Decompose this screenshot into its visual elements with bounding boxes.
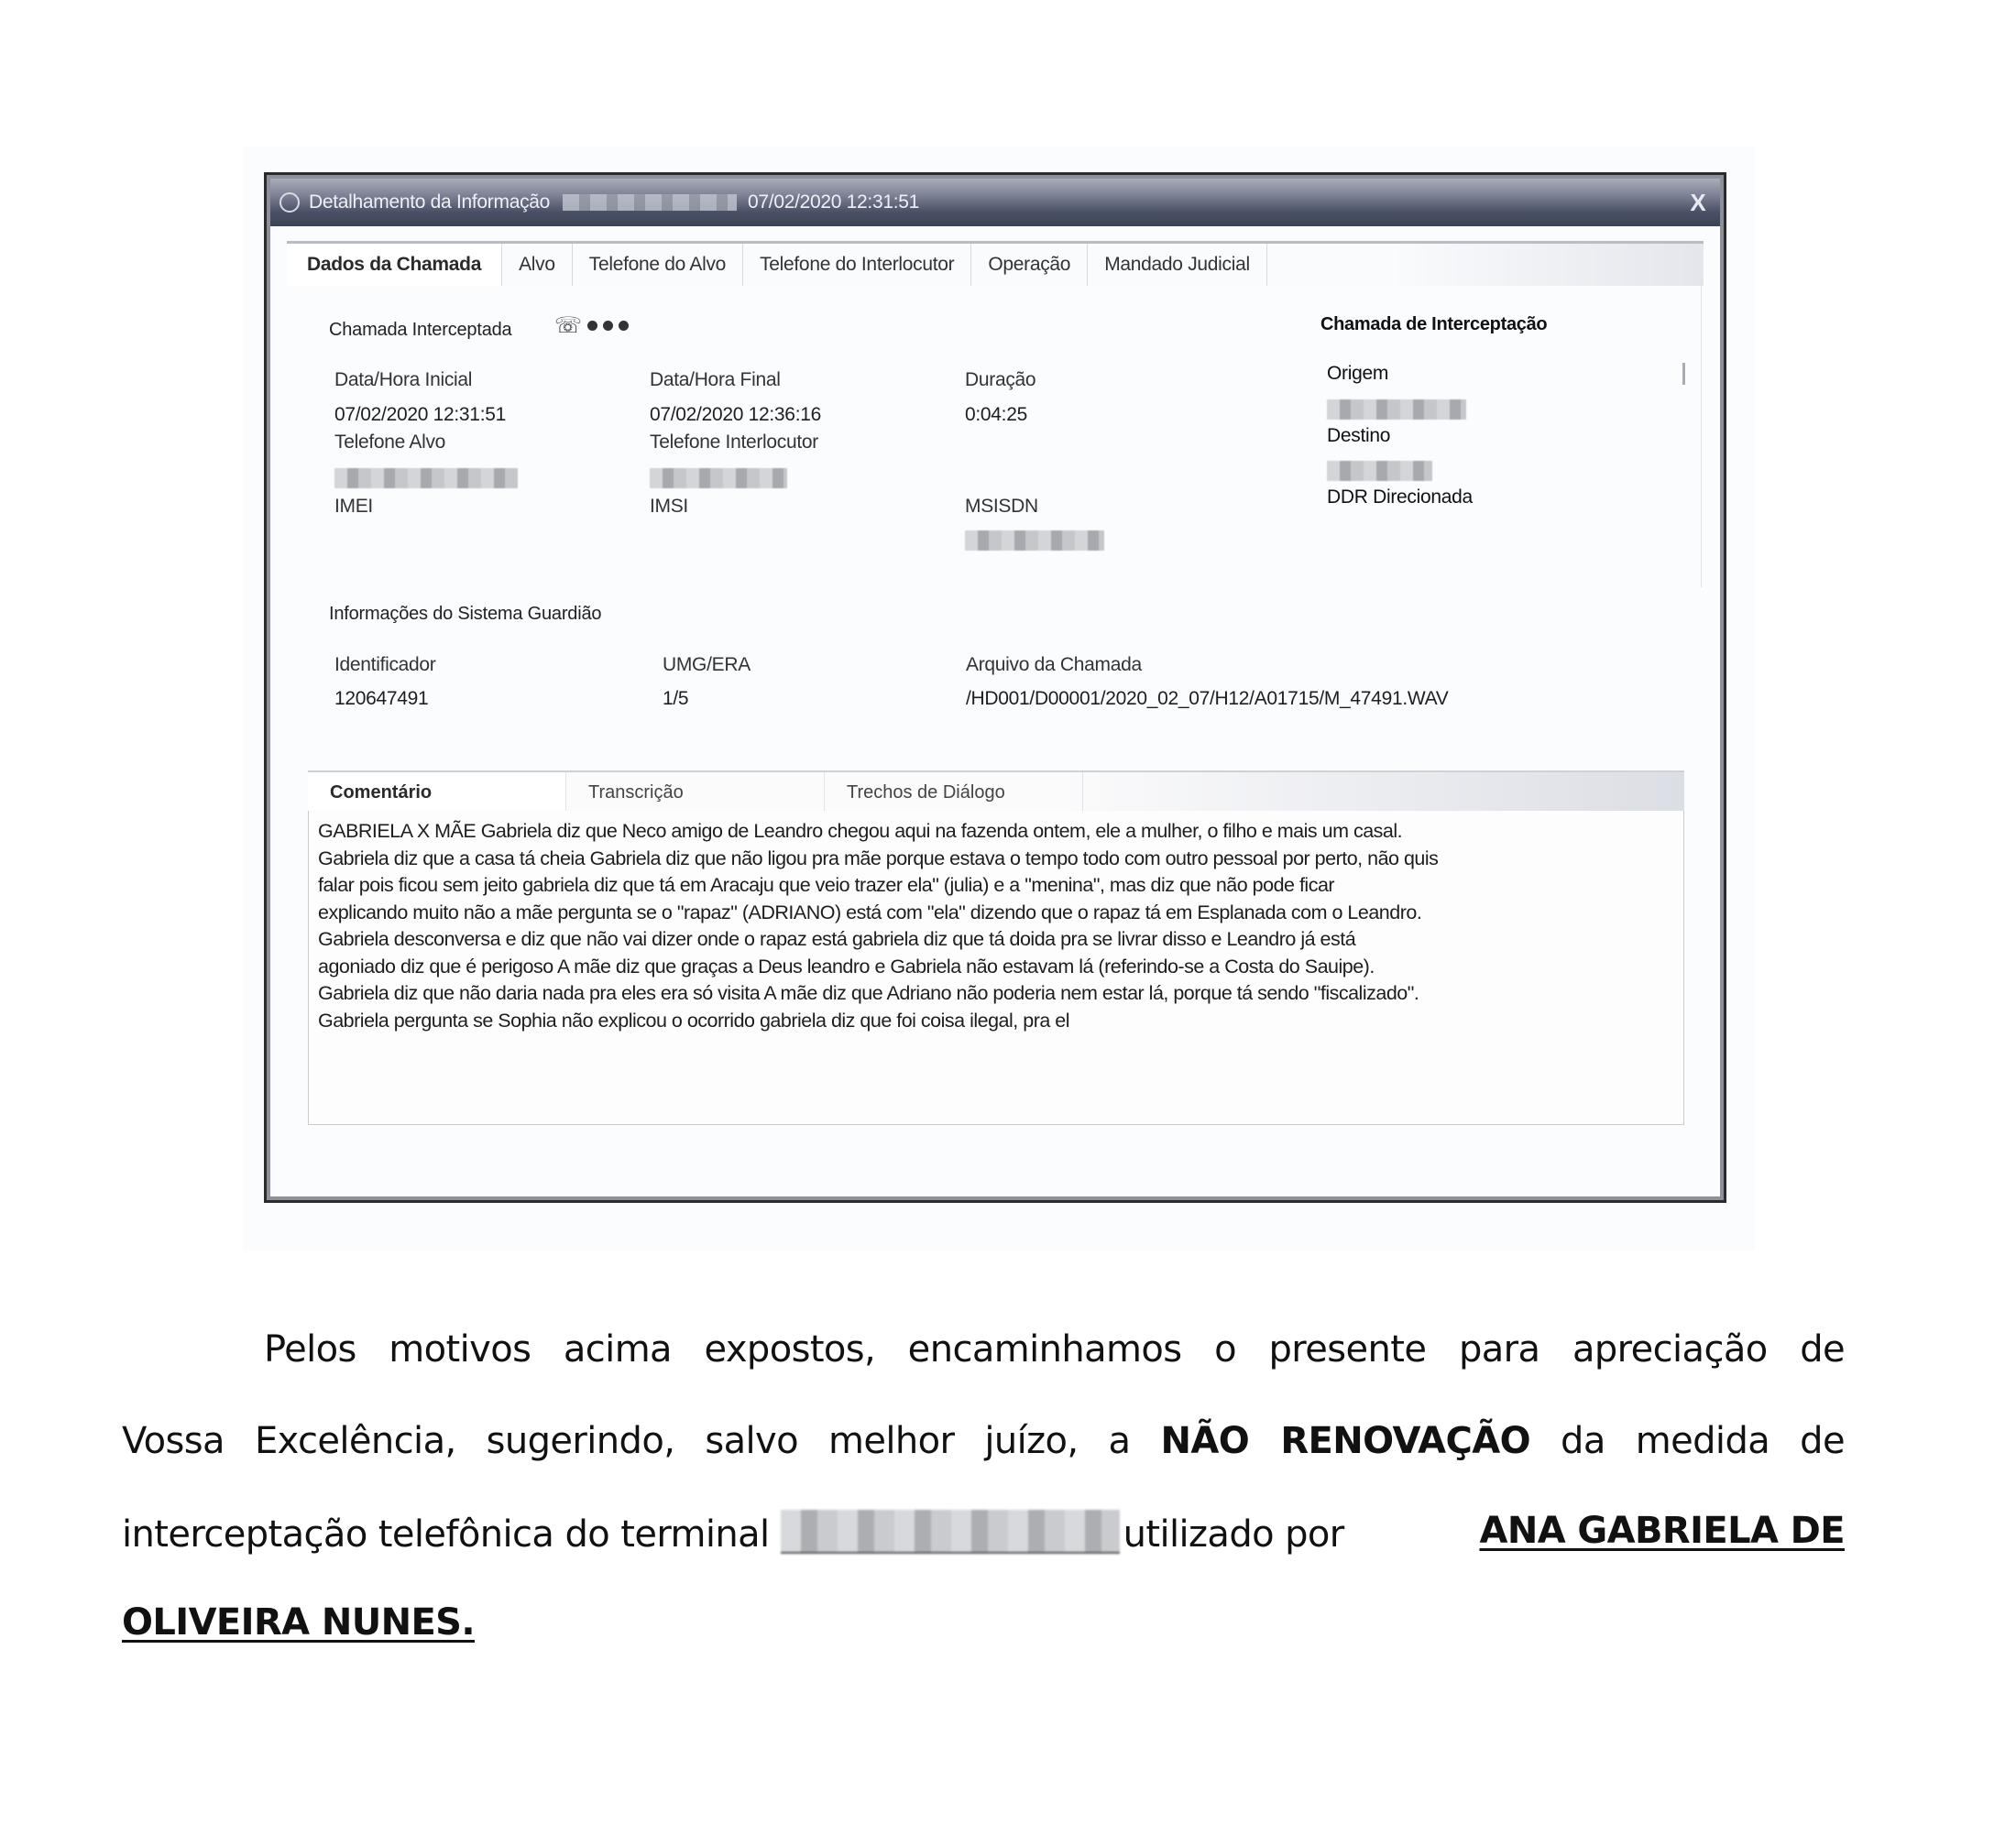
comment-line: agoniado diz que é perigoso A mãe diz qu… <box>318 954 1674 981</box>
tab-mandado-judicial[interactable]: Mandado Judicial <box>1088 244 1267 286</box>
duration-label: Duração <box>965 369 1035 391</box>
non-renewal-emphasis: NÃO RENOVAÇÃO <box>1160 1420 1530 1462</box>
comment-line: explicando muito não a mãe pergunta se o… <box>318 900 1674 927</box>
main-tabs: Dados da Chamada Alvo Telefone do Alvo T… <box>287 241 1704 286</box>
paragraph-text: utilizado por <box>1123 1513 1344 1556</box>
paragraph-text: interceptação telefônica do terminal <box>122 1513 781 1556</box>
target-phone-label: Telefone Alvo <box>334 431 445 453</box>
paragraph-line-2: Vossa Excelência, sugerindo, salvo melho… <box>122 1420 1845 1462</box>
call-file-label: Arquivo da Chamada <box>966 654 1142 676</box>
call-status-icons: ☏ <box>554 312 629 339</box>
umg-label: UMG/ERA <box>663 654 751 676</box>
comment-textarea[interactable]: GABRIELA X MÃE Gabriela diz que Neco ami… <box>308 811 1684 1125</box>
ddr-label: DDR Direcionada <box>1327 486 1473 508</box>
interlocutor-phone-label: Telefone Interlocutor <box>650 431 818 453</box>
imei-label: IMEI <box>334 496 373 518</box>
destination-label: Destino <box>1327 425 1390 447</box>
tab-dados-da-chamada[interactable]: Dados da Chamada <box>287 244 502 286</box>
window-timestamp: 07/02/2020 12:31:51 <box>748 191 919 213</box>
call-file-value[interactable]: /HD001/D00001/2020_02_07/H12/A01715/M_47… <box>966 688 1448 710</box>
comment-line: falar pois ficou sem jeito gabriela diz … <box>318 872 1674 900</box>
paragraph-text: da medida de <box>1530 1420 1845 1462</box>
tab-alvo[interactable]: Alvo <box>502 244 573 286</box>
redacted-origin <box>1327 399 1466 420</box>
comment-line: Gabriela diz que não daria nada pra eles… <box>318 980 1674 1008</box>
paragraph-line-3: interceptação telefônica do terminal uti… <box>122 1510 1845 1556</box>
window-title: Detalhamento da Informação <box>309 191 550 213</box>
tab-telefone-do-interlocutor[interactable]: Telefone do Interlocutor <box>743 244 971 286</box>
target-name-part-1: ANA GABRIELA DE <box>1479 1510 1845 1552</box>
intercepted-call-heading: Chamada Interceptada <box>329 320 511 341</box>
comment-line: GABRIELA X MÃE Gabriela diz que Neco ami… <box>318 818 1674 846</box>
phone-icon: ☏ <box>554 312 582 339</box>
tab-comentario[interactable]: Comentário <box>308 772 566 813</box>
close-icon[interactable]: X <box>1685 190 1711 215</box>
duration-value: 0:04:25 <box>965 404 1027 426</box>
origin-label: Origem <box>1327 363 1388 385</box>
app-icon <box>279 192 300 213</box>
redacted-terminal-number <box>781 1510 1120 1554</box>
redacted-title-segment <box>563 194 737 211</box>
end-time-label: Data/Hora Final <box>650 369 781 391</box>
identifier-value: 120647491 <box>334 688 428 710</box>
detail-sub-tabs: Comentário Transcrição Trechos de Diálog… <box>308 770 1684 814</box>
msisdn-label: MSISDN <box>965 496 1038 518</box>
status-dot-icon <box>603 321 613 331</box>
interception-call-heading: Chamada de Interceptação <box>1320 314 1547 335</box>
panel-scrollbar[interactable] <box>1682 363 1685 385</box>
redacted-msisdn <box>965 530 1104 551</box>
redacted-interlocutor-phone <box>650 468 787 488</box>
target-name-part-2: OLIVEIRA NUNES. <box>122 1601 475 1644</box>
guardiao-heading: Informações do Sistema Guardião <box>329 604 601 625</box>
tab-operacao[interactable]: Operação <box>971 244 1088 286</box>
comment-line: Gabriela pergunta se Sophia não explicou… <box>318 1008 1674 1035</box>
tab-transcricao[interactable]: Transcrição <box>566 772 825 813</box>
paragraph-line-1: Pelos motivos acima expostos, encaminham… <box>122 1328 1845 1371</box>
status-dot-icon <box>587 321 597 331</box>
imsi-label: IMSI <box>650 496 688 518</box>
redacted-destination <box>1327 461 1432 481</box>
detail-window: Detalhamento da Informação 07/02/2020 12… <box>264 172 1726 1203</box>
paragraph-line-4: OLIVEIRA NUNES. <box>122 1601 475 1644</box>
end-time-value: 07/02/2020 12:36:16 <box>650 404 821 426</box>
paragraph-text: Vossa Excelência, sugerindo, salvo melho… <box>122 1420 1160 1462</box>
umg-value: 1/5 <box>663 688 688 710</box>
redacted-target-phone <box>334 468 518 488</box>
comment-line: Gabriela desconversa e diz que não vai d… <box>318 926 1674 954</box>
comment-line: Gabriela diz que a casa tá cheia Gabriel… <box>318 846 1674 873</box>
title-bar[interactable]: Detalhamento da Informação 07/02/2020 12… <box>270 179 1720 226</box>
tab-telefone-do-alvo[interactable]: Telefone do Alvo <box>573 244 743 286</box>
status-dot-icon <box>619 321 629 331</box>
start-time-label: Data/Hora Inicial <box>334 369 472 391</box>
start-time-value: 07/02/2020 12:31:51 <box>334 404 506 426</box>
identifier-label: Identificador <box>334 654 436 676</box>
tab-trechos-de-dialogo[interactable]: Trechos de Diálogo <box>825 772 1083 813</box>
